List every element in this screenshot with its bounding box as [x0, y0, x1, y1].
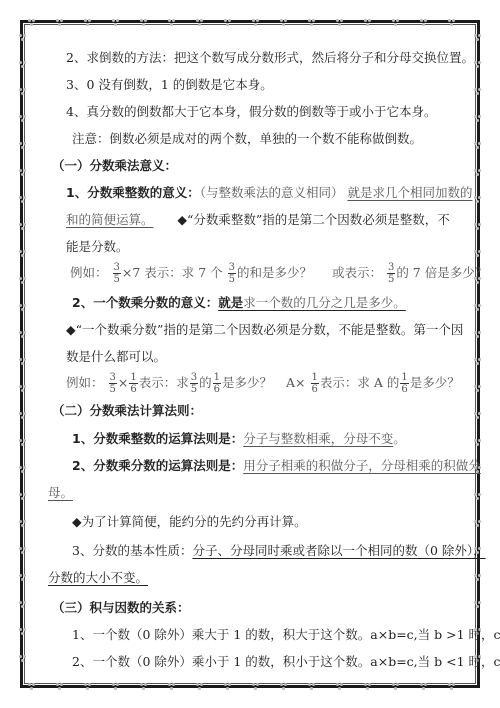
paw-ornament-icon [474, 439, 482, 447]
paw-ornament-icon [19, 277, 27, 285]
paw-ornament-icon [19, 412, 27, 420]
paw-ornament-icon [474, 358, 482, 366]
text-line: 2、一个数乘分数的意义：就是求一个数的几分之几是多少。 [72, 295, 406, 311]
fraction: 35 [190, 372, 198, 395]
underlined-definition: 分数的大小不变。 [48, 570, 148, 586]
paw-ornament-icon [19, 574, 27, 582]
paw-ornament-icon [19, 547, 27, 555]
text-line: 数是什么都可以。 [66, 349, 166, 365]
paw-ornament-icon [19, 601, 27, 609]
text-line: 2、一个数（0 除外）乘小于 1 的数，积小于这个数。a×b=c,当 b <1 … [72, 654, 500, 670]
term-label: 2、一个数乘分数的意义： [72, 295, 218, 310]
paw-ornament-icon [28, 19, 36, 27]
paw-ornament-icon [474, 88, 482, 96]
paw-ornament-icon [474, 196, 482, 204]
paw-ornament-icon [392, 683, 400, 691]
paw-ornament-icon [474, 250, 482, 258]
fraction: 35 [109, 372, 117, 395]
paw-ornament-icon [56, 683, 64, 691]
paw-ornament-icon [252, 683, 260, 691]
paw-ornament-icon [19, 655, 27, 663]
diamond-note: ◆“一个数乘分数”指的是第二个因数必须是分数，不能是整数。第一个因 [66, 322, 463, 338]
paw-ornament-icon [19, 34, 27, 42]
text-line: 2、分数乘分数的运算法则是：用分子相乘的积做分子，分母相乘的积做分 [72, 458, 481, 474]
paw-ornament-icon [224, 19, 232, 27]
paw-ornament-icon [140, 683, 148, 691]
underlined-definition: 和的简便运算。 [66, 212, 154, 227]
fraction: 35 [228, 262, 236, 285]
paw-ornament-icon [474, 331, 482, 339]
paw-ornament-icon [252, 19, 260, 27]
underlined-definition: 分子与整数相乘，分母不变 [243, 431, 393, 446]
paw-ornament-icon [140, 19, 148, 27]
paw-ornament-icon [19, 61, 27, 69]
diamond-note: ◆“分数乘整数”指的是第二个因数必须是整数，不 [177, 212, 449, 227]
paw-ornament-icon [474, 61, 482, 69]
paw-ornament-icon [84, 683, 92, 691]
paw-ornament-icon [168, 683, 176, 691]
paw-ornament-icon [19, 169, 27, 177]
text-line: 4、真分数的倒数都大于它本身，假分数的倒数等于或小于它本身。 [66, 104, 436, 120]
paw-ornament-icon [19, 385, 27, 393]
paw-ornament-icon [19, 250, 27, 258]
text-line: 和的简便运算。 ◆“分数乘整数”指的是第二个因数必须是整数，不 [66, 212, 450, 228]
diamond-note: ◆为了计算简便，能约分的先约分再计算。 [72, 514, 307, 530]
paw-ornament-icon [84, 19, 92, 27]
text-line: 2、求倒数的方法：把这个数写成分数形式，然后将分子和分母交换位置。 [66, 50, 474, 66]
paw-ornament-icon [474, 601, 482, 609]
paw-ornament-icon [308, 19, 316, 27]
paw-ornament-icon [364, 19, 372, 27]
paw-ornament-icon [19, 628, 27, 636]
paw-ornament-icon [224, 683, 232, 691]
underlined-definition: 用分子相乘的积做分子，分母相乘的积做分 [243, 458, 481, 473]
paw-ornament-icon [448, 19, 456, 27]
paw-ornament-icon [19, 88, 27, 96]
paw-ornament-icon [474, 142, 482, 150]
section-heading-2: （二）分数乘法计算法则： [52, 403, 202, 419]
text-line: 3、0 没有倒数，1 的倒数是它本身。 [66, 77, 273, 93]
section-heading-3: （三）积与因数的关系： [52, 600, 190, 616]
paw-ornament-icon [19, 493, 27, 501]
example-prefix: 例如： [70, 265, 108, 280]
term-label: 1、分数乘整数的意义： [66, 185, 200, 200]
paren-note: （与整数乘法的意义相同） [200, 185, 344, 200]
paw-ornament-icon [168, 19, 176, 27]
paw-ornament-icon [19, 304, 27, 312]
paw-ornament-icon [280, 19, 288, 27]
term-label: 1、分数乘整数的运算法则是： [72, 431, 243, 446]
paw-ornament-icon [112, 19, 120, 27]
text-line: 能是分数。 [66, 239, 129, 255]
paw-ornament-icon [19, 466, 27, 474]
paw-ornament-icon [474, 304, 482, 312]
fraction: 16 [213, 372, 221, 395]
underlined-definition: 母。 [48, 485, 73, 501]
example-line-2: 例如： 35×16表示：求35的16是多少？ [66, 372, 272, 395]
text-line: 3、分数的基本性质：分子、分母同时乘或者除以一个相同的数（0 除外）， [72, 543, 486, 559]
paw-ornament-icon [336, 19, 344, 27]
paw-ornament-icon [474, 574, 482, 582]
paw-ornament-icon [474, 34, 482, 42]
paw-ornament-icon [474, 115, 482, 123]
paw-ornament-icon [19, 439, 27, 447]
paw-ornament-icon [28, 683, 36, 691]
paw-ornament-icon [56, 19, 64, 27]
paw-ornament-icon [196, 683, 204, 691]
paw-ornament-icon [19, 358, 27, 366]
paw-ornament-icon [448, 683, 456, 691]
paw-ornament-icon [19, 196, 27, 204]
text-line: 1、分数乘整数的运算法则是：分子与整数相乘，分母不变。 [72, 431, 406, 447]
paw-ornament-icon [364, 683, 372, 691]
fraction: 35 [113, 262, 121, 285]
paw-ornament-icon [392, 19, 400, 27]
underlined-definition: 分子、分母同时乘或者除以一个相同的数（0 除外）， [192, 543, 485, 558]
paw-ornament-icon [308, 683, 316, 691]
paw-ornament-icon [474, 412, 482, 420]
paw-ornament-icon [19, 115, 27, 123]
paw-ornament-icon [19, 331, 27, 339]
paw-ornament-icon [474, 169, 482, 177]
paw-ornament-icon [474, 223, 482, 231]
underlined-definition: 就是求一个数的几分之几是多少。 [218, 295, 406, 310]
fraction: 16 [400, 372, 408, 395]
paw-ornament-icon [280, 683, 288, 691]
paw-ornament-icon [474, 385, 482, 393]
paw-ornament-icon [112, 683, 120, 691]
paw-ornament-icon [19, 142, 27, 150]
paw-ornament-icon [19, 223, 27, 231]
paw-ornament-icon [420, 19, 428, 27]
paw-ornament-icon [474, 493, 482, 501]
example-line-1: 例如： 35×7 表示：求 7 个 35的和是多少？ 或表示： 35的 7 倍是… [70, 262, 487, 285]
text-line: 1、一个数（0 除外）乘大于 1 的数，积大于这个数。a×b=c,当 b >1 … [72, 627, 500, 643]
paw-ornament-icon [196, 19, 204, 27]
example-line-2b: A× 16表示：求 A 的16是多少？ [286, 372, 460, 395]
text-line: 1、分数乘整数的意义：（与整数乘法的意义相同） 就是求几个相同加数的 [66, 185, 472, 201]
fraction: 35 [387, 262, 395, 285]
paw-ornament-icon [336, 683, 344, 691]
fraction: 16 [311, 372, 319, 395]
section-heading-1: （一）分数乘法意义： [52, 158, 177, 174]
fraction: 16 [129, 372, 137, 395]
paw-ornament-icon [474, 520, 482, 528]
underlined-definition: 就是求几个相同加数的 [347, 185, 472, 200]
note-line: 注意：倒数必须是成对的两个数，单独的一个数不能称做倒数。 [72, 131, 422, 147]
paw-ornament-icon [19, 520, 27, 528]
term-label: 2、分数乘分数的运算法则是： [72, 458, 243, 473]
paw-ornament-icon [420, 683, 428, 691]
